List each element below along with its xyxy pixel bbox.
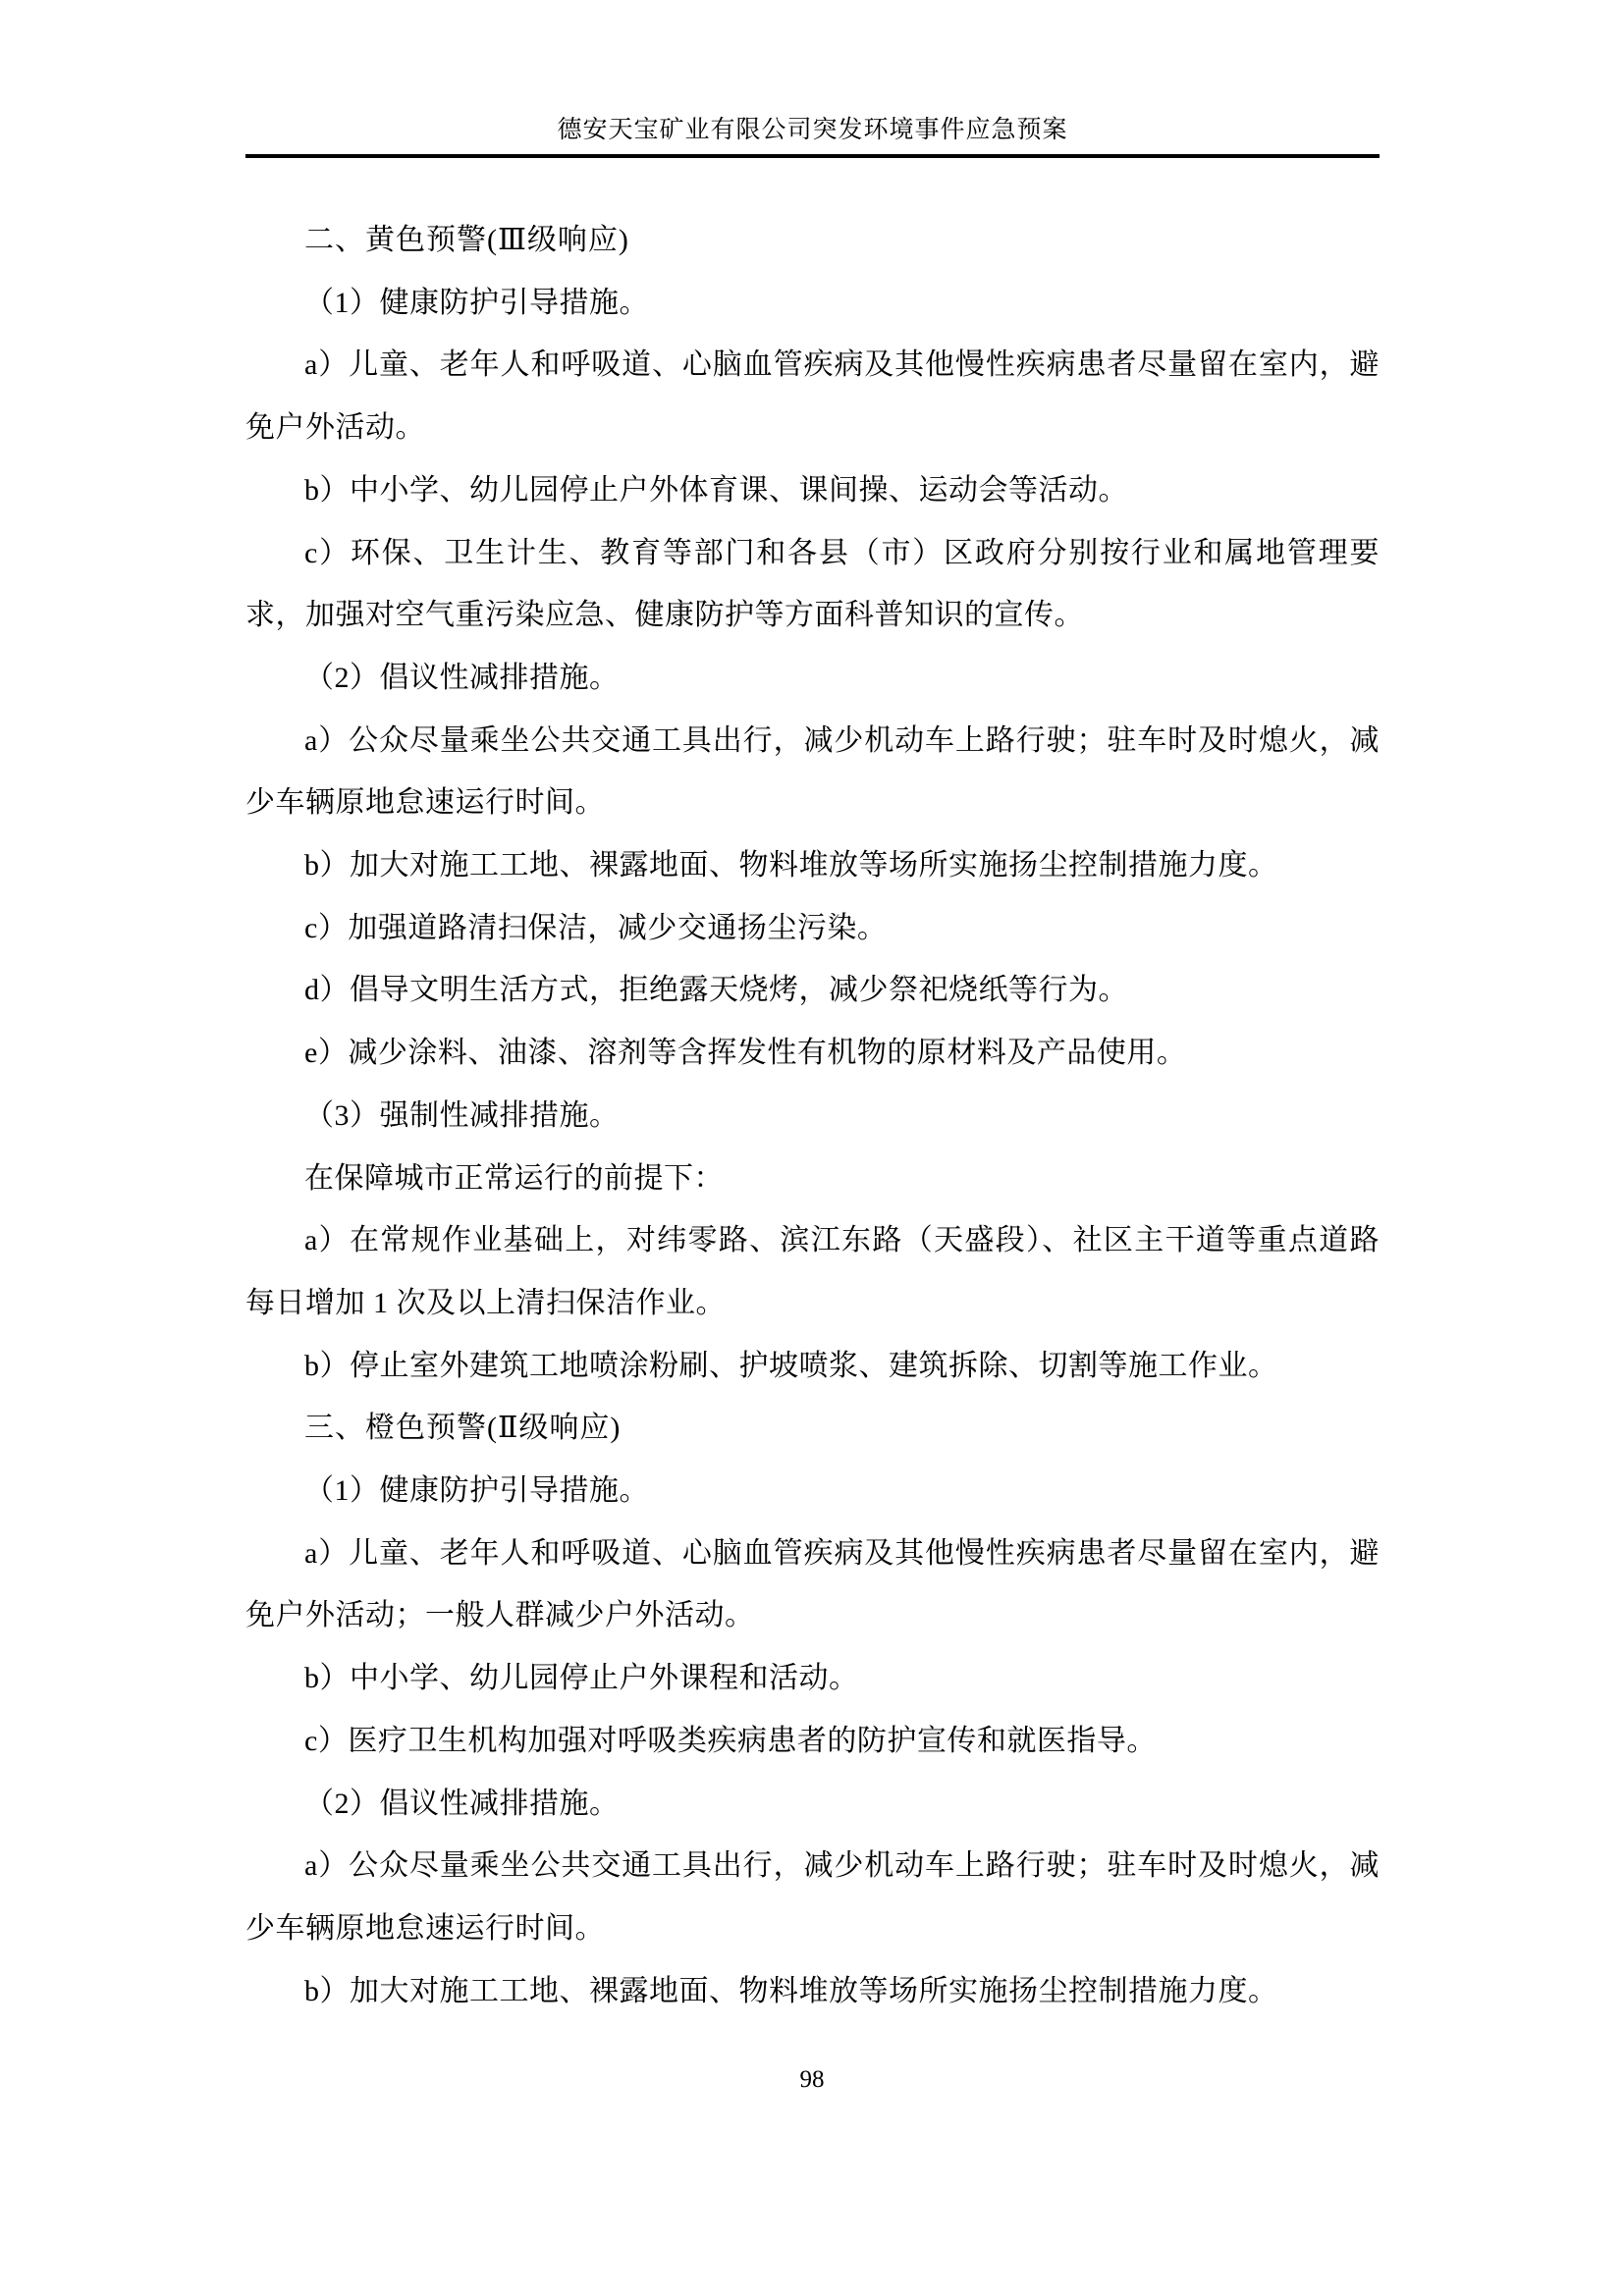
paragraph: a）儿童、老年人和呼吸道、心脑血管疾病及其他慢性疾病患者尽量留在室内，避免户外活… <box>245 334 1380 458</box>
document-page: 德安天宝矿业有限公司突发环境事件应急预案 二、黄色预警(Ⅲ级响应)（1）健康防护… <box>0 0 1624 2296</box>
paragraph: a）儿童、老年人和呼吸道、心脑血管疾病及其他慢性疾病患者尽量留在室内，避免户外活… <box>245 1522 1380 1647</box>
paragraph: d）倡导文明生活方式，拒绝露天烧烤，减少祭祀烧纸等行为。 <box>245 959 1380 1022</box>
section-heading: 二、黄色预警(Ⅲ级响应) <box>245 209 1380 272</box>
paragraph: 在保障城市正常运行的前提下： <box>245 1148 1380 1210</box>
paragraph: b）加大对施工工地、裸露地面、物料堆放等场所实施扬尘控制措施力度。 <box>245 834 1380 897</box>
paragraph: b）中小学、幼儿园停止户外体育课、课间操、运动会等活动。 <box>245 459 1380 522</box>
paragraph: （2）倡议性减排措施。 <box>245 647 1380 710</box>
page-number: 98 <box>0 2066 1624 2094</box>
paragraph: a）公众尽量乘坐公共交通工具出行，减少机动车上路行驶；驻车时及时熄火，减少车辆原… <box>245 1835 1380 1959</box>
paragraph: b）停止室外建筑工地喷涂粉刷、护坡喷浆、建筑拆除、切割等施工作业。 <box>245 1335 1380 1398</box>
paragraph: c）医疗卫生机构加强对呼吸类疾病患者的防护宣传和就医指导。 <box>245 1710 1380 1773</box>
paragraph: e）减少涂料、油漆、溶剂等含挥发性有机物的原材料及产品使用。 <box>245 1022 1380 1085</box>
paragraph: （1）健康防护引导措施。 <box>245 272 1380 335</box>
page-header: 德安天宝矿业有限公司突发环境事件应急预案 <box>245 0 1380 158</box>
paragraph: （3）强制性减排措施。 <box>245 1085 1380 1148</box>
section-heading: 三、橙色预警(Ⅱ级响应) <box>245 1397 1380 1460</box>
paragraph: b）加大对施工工地、裸露地面、物料堆放等场所实施扬尘控制措施力度。 <box>245 1960 1380 2023</box>
header-title: 德安天宝矿业有限公司突发环境事件应急预案 <box>245 110 1380 154</box>
paragraph: （1）健康防护引导措施。 <box>245 1460 1380 1522</box>
paragraph: c）加强道路清扫保洁，减少交通扬尘污染。 <box>245 897 1380 960</box>
paragraph: （2）倡议性减排措施。 <box>245 1773 1380 1836</box>
paragraph: a）公众尽量乘坐公共交通工具出行，减少机动车上路行驶；驻车时及时熄火，减少车辆原… <box>245 710 1380 834</box>
paragraph: c）环保、卫生计生、教育等部门和各县（市）区政府分别按行业和属地管理要求，加强对… <box>245 522 1380 647</box>
paragraph: a）在常规作业基础上，对纬零路、滨江东路（天盛段）、社区主干道等重点道路每日增加… <box>245 1209 1380 1334</box>
paragraph: b）中小学、幼儿园停止户外课程和活动。 <box>245 1647 1380 1710</box>
document-body: 二、黄色预警(Ⅲ级响应)（1）健康防护引导措施。a）儿童、老年人和呼吸道、心脑血… <box>245 209 1380 2022</box>
